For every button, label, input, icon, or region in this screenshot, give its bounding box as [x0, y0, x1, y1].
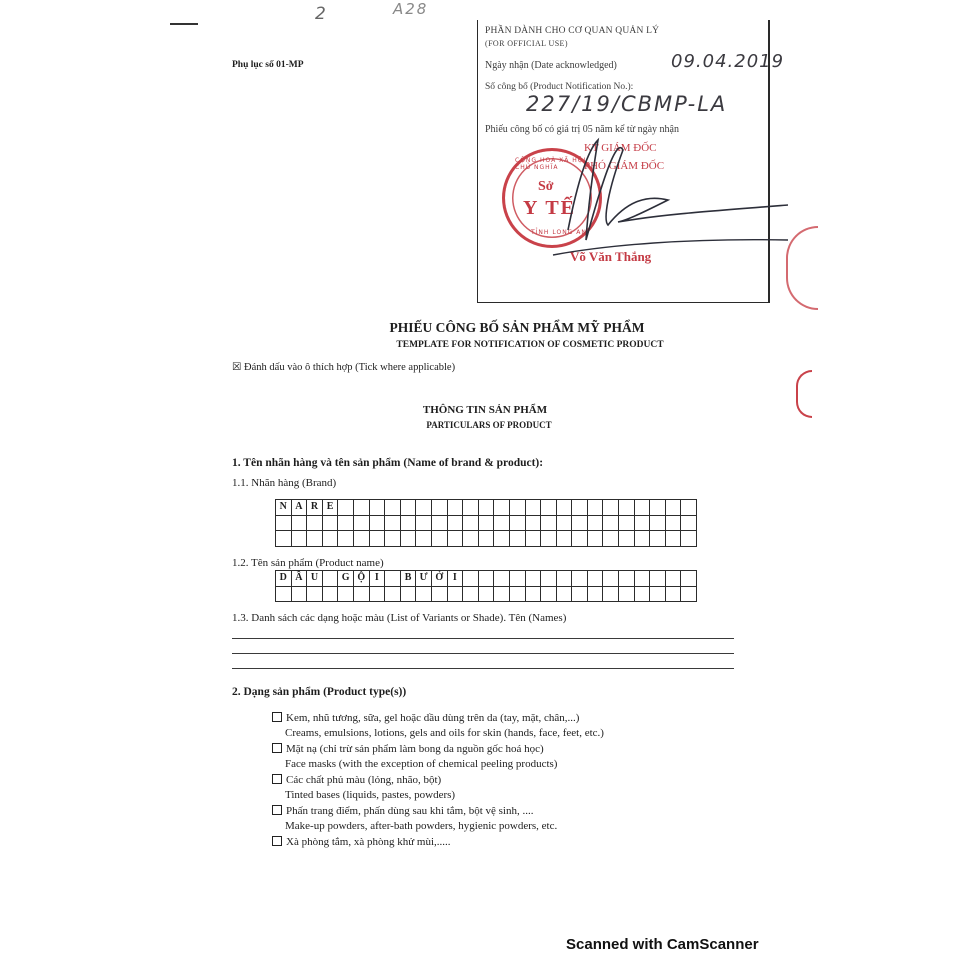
grid-cell[interactable]: [385, 586, 401, 602]
grid-cell[interactable]: [619, 515, 635, 531]
grid-cell[interactable]: [603, 586, 619, 602]
grid-cell[interactable]: [572, 500, 588, 516]
grid-cell[interactable]: [447, 515, 463, 531]
product-type-option[interactable]: Phấn trang điểm, phấn dùng sau khi tắm, …: [272, 805, 533, 817]
grid-cell[interactable]: [478, 515, 494, 531]
grid-cell[interactable]: G: [338, 571, 354, 587]
product-name-grid[interactable]: DẦUGỘIBƯỞI: [275, 570, 697, 602]
grid-cell[interactable]: B: [400, 571, 416, 587]
grid-cell[interactable]: [431, 531, 447, 547]
grid-cell[interactable]: [541, 515, 557, 531]
grid-cell[interactable]: [525, 531, 541, 547]
grid-cell[interactable]: [572, 586, 588, 602]
grid-cell[interactable]: [634, 571, 650, 587]
grid-cell[interactable]: [385, 531, 401, 547]
product-type-option[interactable]: Các chất phủ màu (lỏng, nhão, bột)Tinted…: [272, 774, 441, 786]
grid-cell[interactable]: [431, 500, 447, 516]
tick-instruction-text: Đánh dấu vào ô thích hợp (Tick where app…: [244, 362, 455, 373]
grid-cell[interactable]: [681, 500, 697, 516]
grid-cell[interactable]: [431, 586, 447, 602]
option-label-vn: Các chất phủ màu (lỏng, nhão, bột): [286, 774, 441, 786]
grid-cell[interactable]: [338, 531, 354, 547]
grid-cell[interactable]: [587, 531, 603, 547]
grid-cell[interactable]: [478, 500, 494, 516]
signer-name: Võ Văn Thắng: [570, 249, 651, 265]
product-type-option[interactable]: Mặt nạ (chỉ trừ sản phẩm làm bong da ngu…: [272, 743, 544, 755]
grid-cell[interactable]: A: [291, 500, 307, 516]
grid-cell[interactable]: [463, 586, 479, 602]
brand-grid[interactable]: NARE: [275, 499, 697, 547]
date-acknowledged-label: Ngày nhận (Date acknowledged): [485, 60, 617, 71]
grid-row: DẦUGỘIBƯỞI: [276, 571, 697, 587]
grid-cell[interactable]: [276, 586, 292, 602]
grid-cell[interactable]: [634, 531, 650, 547]
grid-cell[interactable]: [416, 586, 432, 602]
grid-cell[interactable]: [353, 531, 369, 547]
grid-cell[interactable]: [385, 515, 401, 531]
grid-row: [276, 531, 697, 547]
grid-cell[interactable]: I: [369, 571, 385, 587]
grid-cell[interactable]: [431, 515, 447, 531]
grid-cell[interactable]: [307, 515, 323, 531]
variant-line[interactable]: [232, 668, 734, 669]
grid-cell[interactable]: [665, 531, 681, 547]
grid-cell[interactable]: [587, 571, 603, 587]
grid-cell[interactable]: [650, 531, 666, 547]
grid-cell[interactable]: [603, 515, 619, 531]
grid-cell[interactable]: [463, 531, 479, 547]
grid-cell[interactable]: [509, 531, 525, 547]
grid-row: [276, 515, 697, 531]
grid-cell[interactable]: [291, 586, 307, 602]
handwritten-mark: A28: [393, 0, 428, 18]
grid-cell[interactable]: [650, 571, 666, 587]
grid-cell[interactable]: [369, 586, 385, 602]
grid-cell[interactable]: U: [307, 571, 323, 587]
grid-cell[interactable]: [416, 531, 432, 547]
product-name-label: 1.2. Tên sản phẩm (Product name): [232, 557, 384, 569]
section-subtitle: PARTICULARS OF PRODUCT: [0, 420, 960, 430]
grid-cell[interactable]: [291, 531, 307, 547]
grid-cell[interactable]: [353, 500, 369, 516]
grid-cell[interactable]: [322, 531, 338, 547]
grid-cell[interactable]: [587, 515, 603, 531]
option-label-en: Tinted bases (liquids, pastes, powders): [285, 789, 455, 801]
grid-cell[interactable]: [463, 500, 479, 516]
grid-cell[interactable]: [541, 500, 557, 516]
grid-cell[interactable]: [478, 586, 494, 602]
grid-cell[interactable]: [650, 586, 666, 602]
grid-cell[interactable]: [369, 515, 385, 531]
grid-cell[interactable]: [556, 571, 572, 587]
grid-cell[interactable]: [494, 571, 510, 587]
grid-cell[interactable]: Ộ: [353, 571, 369, 587]
grid-cell[interactable]: [494, 531, 510, 547]
grid-cell[interactable]: [572, 571, 588, 587]
option-label-vn: Kem, nhũ tương, sữa, gel hoặc dầu dùng t…: [286, 712, 579, 724]
grid-cell[interactable]: [556, 500, 572, 516]
grid-cell[interactable]: [369, 531, 385, 547]
checkbox[interactable]: [272, 836, 282, 846]
grid-cell[interactable]: [619, 500, 635, 516]
handwritten-mark: 2: [315, 4, 326, 24]
notification-no-value: 227/19/CBMP-LA: [526, 92, 727, 116]
grid-cell[interactable]: [416, 500, 432, 516]
grid-cell[interactable]: [556, 531, 572, 547]
grid-cell[interactable]: [322, 586, 338, 602]
grid-cell[interactable]: [338, 500, 354, 516]
section2-heading: 2. Dạng sản phẩm (Product type(s)): [232, 686, 406, 698]
grid-cell[interactable]: [276, 515, 292, 531]
grid-cell[interactable]: [400, 500, 416, 516]
option-label-en: Make-up powders, after-bath powders, hyg…: [285, 820, 557, 832]
grid-cell[interactable]: [478, 531, 494, 547]
option-label-en: Creams, emulsions, lotions, gels and oil…: [285, 727, 604, 739]
grid-cell[interactable]: [276, 531, 292, 547]
grid-cell[interactable]: [353, 515, 369, 531]
grid-cell[interactable]: [338, 586, 354, 602]
checkbox[interactable]: [272, 712, 282, 722]
official-use-title: PHẦN DÀNH CHO CƠ QUAN QUẢN LÝ: [485, 26, 659, 36]
grid-cell[interactable]: [681, 571, 697, 587]
grid-cell[interactable]: [509, 571, 525, 587]
checkbox[interactable]: [272, 743, 282, 753]
grid-cell[interactable]: [322, 571, 338, 587]
tick-instruction: ☒ Đánh dấu vào ô thích hợp (Tick where a…: [232, 361, 455, 373]
variants-label: 1.3. Danh sách các dạng hoặc màu (List o…: [232, 612, 566, 624]
grid-cell[interactable]: [556, 515, 572, 531]
appendix-label: Phụ lục số 01-MP: [232, 60, 304, 70]
grid-cell[interactable]: [681, 531, 697, 547]
grid-cell[interactable]: Ở: [431, 571, 447, 587]
grid-cell[interactable]: [400, 586, 416, 602]
grid-cell[interactable]: N: [276, 500, 292, 516]
grid-cell[interactable]: [665, 500, 681, 516]
grid-cell[interactable]: [556, 586, 572, 602]
grid-cell[interactable]: [525, 571, 541, 587]
grid-cell[interactable]: Ầ: [291, 571, 307, 587]
grid-cell[interactable]: [291, 515, 307, 531]
grid-cell[interactable]: E: [322, 500, 338, 516]
grid-cell[interactable]: [541, 531, 557, 547]
grid-cell[interactable]: [322, 515, 338, 531]
grid-cell[interactable]: [509, 500, 525, 516]
grid-cell[interactable]: [494, 586, 510, 602]
grid-cell[interactable]: [525, 586, 541, 602]
grid-cell[interactable]: R: [307, 500, 323, 516]
option-label-vn: Phấn trang điểm, phấn dùng sau khi tắm, …: [286, 805, 533, 817]
grid-cell[interactable]: [665, 571, 681, 587]
variant-line[interactable]: [232, 638, 734, 639]
pen-mark: [170, 23, 198, 25]
grid-cell[interactable]: [400, 515, 416, 531]
signature: [548, 120, 788, 270]
grid-cell[interactable]: [681, 515, 697, 531]
grid-cell[interactable]: [541, 586, 557, 602]
grid-row: [276, 586, 697, 602]
grid-cell[interactable]: [634, 515, 650, 531]
grid-cell[interactable]: [572, 515, 588, 531]
grid-cell[interactable]: [494, 515, 510, 531]
grid-cell[interactable]: [587, 500, 603, 516]
grid-cell[interactable]: [572, 531, 588, 547]
section-title: THÔNG TIN SẢN PHẨM: [0, 404, 960, 416]
grid-cell[interactable]: Ư: [416, 571, 432, 587]
grid-cell[interactable]: [619, 586, 635, 602]
section1-heading: 1. Tên nhãn hàng và tên sản phẩm (Name o…: [232, 457, 543, 469]
option-label-en: Face masks (with the exception of chemic…: [285, 758, 557, 770]
grid-cell[interactable]: [541, 571, 557, 587]
grid-cell[interactable]: [307, 531, 323, 547]
product-type-option[interactable]: Kem, nhũ tương, sữa, gel hoặc dầu dùng t…: [272, 712, 579, 724]
notification-no-label: Số công bố (Product Notification No.):: [485, 82, 633, 92]
grid-cell[interactable]: [525, 500, 541, 516]
grid-cell[interactable]: [681, 586, 697, 602]
grid-cell[interactable]: [509, 586, 525, 602]
grid-cell[interactable]: D: [276, 571, 292, 587]
grid-cell[interactable]: [353, 586, 369, 602]
grid-cell[interactable]: [603, 500, 619, 516]
checked-box-icon: ☒: [232, 362, 244, 373]
grid-cell[interactable]: [603, 571, 619, 587]
checkbox[interactable]: [272, 774, 282, 784]
grid-cell[interactable]: [338, 515, 354, 531]
checkbox[interactable]: [272, 805, 282, 815]
grid-cell[interactable]: [634, 500, 650, 516]
grid-cell[interactable]: [619, 571, 635, 587]
grid-cell[interactable]: [587, 586, 603, 602]
grid-cell[interactable]: [416, 515, 432, 531]
grid-cell[interactable]: [634, 586, 650, 602]
grid-cell[interactable]: [509, 515, 525, 531]
grid-cell[interactable]: [525, 515, 541, 531]
official-use-box: PHẦN DÀNH CHO CƠ QUAN QUẢN LÝ (FOR OFFIC…: [477, 20, 770, 303]
scanner-watermark: Scanned with CamScanner: [566, 936, 759, 953]
variant-line[interactable]: [232, 653, 734, 654]
option-label-vn: Xà phòng tắm, xà phòng khử mùi,.....: [286, 836, 451, 848]
document-title: PHIẾU CÔNG BỐ SẢN PHẨM MỸ PHẨM: [0, 320, 960, 336]
grid-cell[interactable]: [494, 500, 510, 516]
official-use-subtitle: (FOR OFFICIAL USE): [485, 39, 568, 48]
grid-cell[interactable]: [447, 586, 463, 602]
grid-cell[interactable]: [665, 586, 681, 602]
brand-label: 1.1. Nhãn hàng (Brand): [232, 477, 336, 489]
product-type-option[interactable]: Xà phòng tắm, xà phòng khử mùi,.....: [272, 836, 451, 848]
grid-cell[interactable]: [385, 500, 401, 516]
grid-cell[interactable]: [400, 531, 416, 547]
grid-cell[interactable]: [369, 500, 385, 516]
grid-cell[interactable]: [463, 515, 479, 531]
grid-cell[interactable]: [665, 515, 681, 531]
grid-cell[interactable]: [603, 531, 619, 547]
grid-cell[interactable]: I: [447, 571, 463, 587]
date-acknowledged-value: 09.04.2019: [671, 51, 784, 72]
grid-cell[interactable]: [447, 500, 463, 516]
grid-cell[interactable]: [619, 531, 635, 547]
grid-cell[interactable]: [447, 531, 463, 547]
option-label-vn: Mặt nạ (chỉ trừ sản phẩm làm bong da ngu…: [286, 743, 544, 755]
partial-stamp: [786, 226, 818, 310]
grid-cell[interactable]: [463, 571, 479, 587]
document-subtitle: TEMPLATE FOR NOTIFICATION OF COSMETIC PR…: [0, 340, 960, 350]
grid-cell[interactable]: [478, 571, 494, 587]
grid-cell[interactable]: [650, 515, 666, 531]
grid-cell[interactable]: [307, 586, 323, 602]
grid-cell[interactable]: [385, 571, 401, 587]
grid-row: NARE: [276, 500, 697, 516]
grid-cell[interactable]: [650, 500, 666, 516]
